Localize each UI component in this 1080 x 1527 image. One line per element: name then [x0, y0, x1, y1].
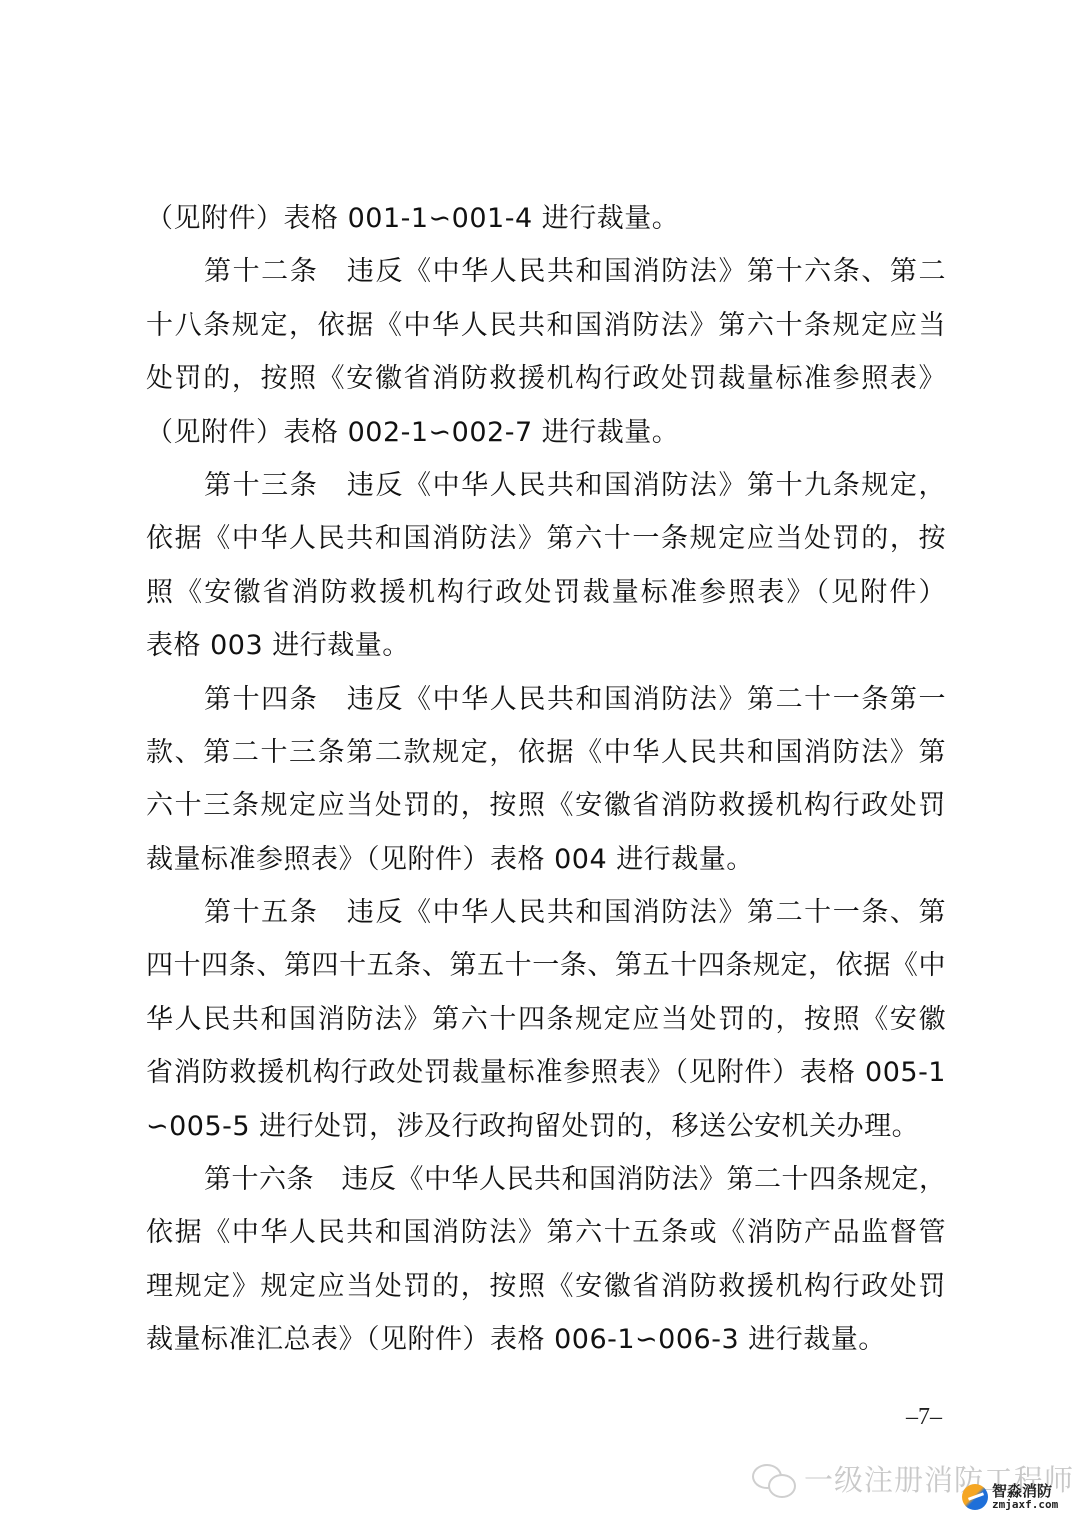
text-line: 裁量标准汇总表》（见附件）表格 006-1∽006-3 进行裁量。	[146, 1313, 946, 1366]
text-line: 第十五条 违反《中华人民共和国消防法》第二十一条、第	[146, 886, 946, 939]
text-line: 六十三条规定应当处罚的，按照《安徽省消防救援机构行政处罚	[146, 779, 946, 832]
text-line: 理规定》规定应当处罚的，按照《安徽省消防救援机构行政处罚	[146, 1260, 946, 1313]
text-line: 第十六条 违反《中华人民共和国消防法》第二十四条规定，	[146, 1153, 946, 1206]
page-number: –7–	[906, 1404, 942, 1431]
text-line: 依据《中华人民共和国消防法》第六十一条规定应当处罚的，按	[146, 512, 946, 565]
brand-url: zmjaxf.com	[992, 1499, 1058, 1510]
text-line: 十八条规定，依据《中华人民共和国消防法》第六十条规定应当	[146, 299, 946, 352]
text-line: 裁量标准参照表》（见附件）表格 004 进行裁量。	[146, 833, 946, 886]
text-line: （见附件）表格 001-1∽001-4 进行裁量。	[146, 192, 946, 245]
document-body: （见附件）表格 001-1∽001-4 进行裁量。第十二条 违反《中华人民共和国…	[146, 192, 946, 1367]
brand-badge: 智淼消防 zmjaxf.com	[962, 1484, 1058, 1510]
text-line: 表格 003 进行裁量。	[146, 619, 946, 672]
brand-logo-icon	[962, 1484, 988, 1510]
text-line: 第十三条 违反《中华人民共和国消防法》第十九条规定，	[146, 459, 946, 512]
text-line: 照《安徽省消防救援机构行政处罚裁量标准参照表》（见附件）	[146, 566, 946, 619]
text-line: 处罚的，按照《安徽省消防救援机构行政处罚裁量标准参照表》	[146, 352, 946, 405]
wechat-icon	[752, 1462, 798, 1496]
text-line: 依据《中华人民共和国消防法》第六十五条或《消防产品监督管	[146, 1206, 946, 1259]
text-line: 第十二条 违反《中华人民共和国消防法》第十六条、第二	[146, 245, 946, 298]
text-line: 省消防救援机构行政处罚裁量标准参照表》（见附件）表格 005-1	[146, 1046, 946, 1099]
text-line: 四十四条、第四十五条、第五十一条、第五十四条规定，依据《中	[146, 939, 946, 992]
text-line: ∽005-5 进行处罚，涉及行政拘留处罚的，移送公安机关办理。	[146, 1100, 946, 1153]
text-line: （见附件）表格 002-1∽002-7 进行裁量。	[146, 406, 946, 459]
text-line: 华人民共和国消防法》第六十四条规定应当处罚的，按照《安徽	[146, 993, 946, 1046]
brand-name: 智淼消防	[992, 1484, 1058, 1499]
text-line: 第十四条 违反《中华人民共和国消防法》第二十一条第一	[146, 673, 946, 726]
text-line: 款、第二十三条第二款规定，依据《中华人民共和国消防法》第	[146, 726, 946, 779]
